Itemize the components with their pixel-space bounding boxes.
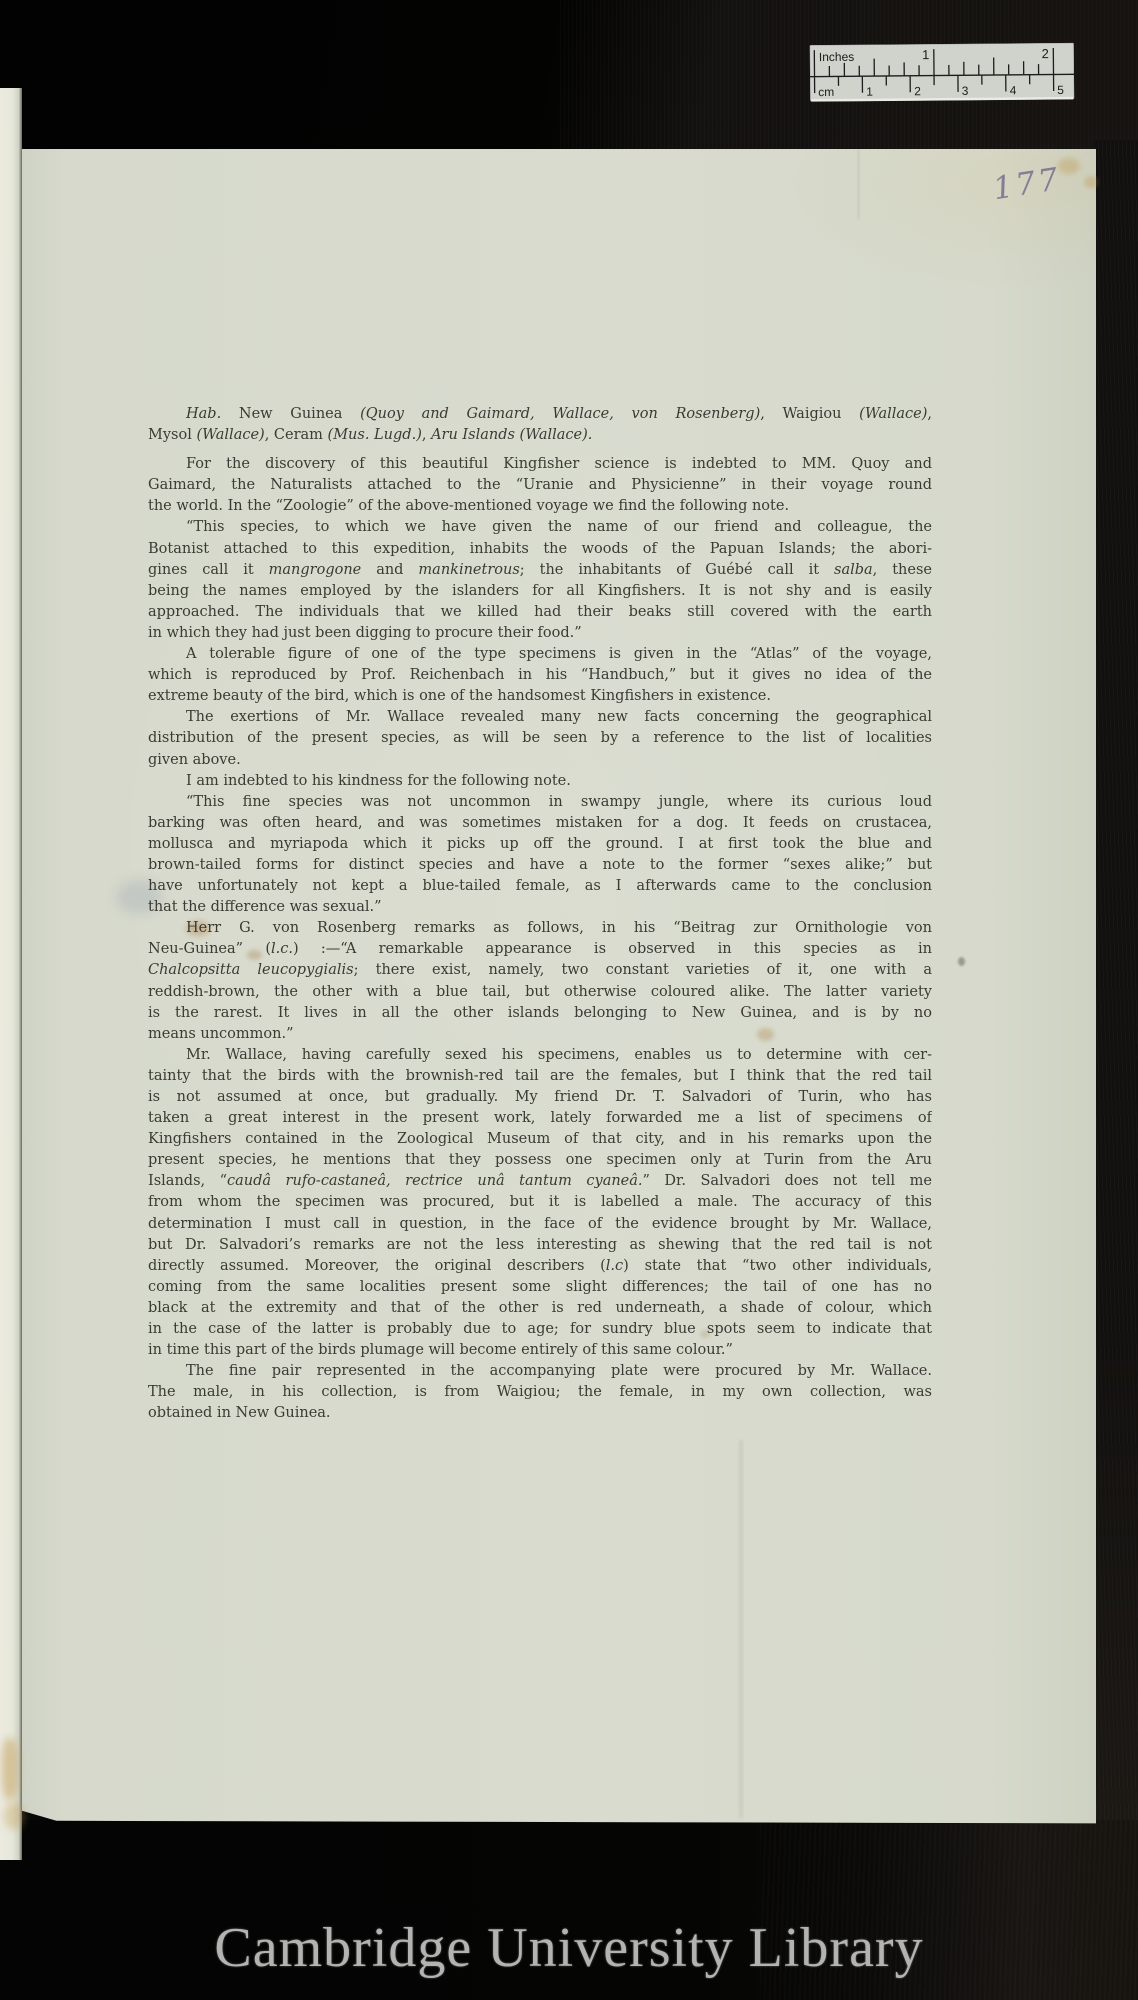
body-text: ; the inhabitants of Guébé call it xyxy=(520,562,834,578)
body-text: present species, he mentions that they p… xyxy=(148,1152,932,1168)
text-line: Hab. New Guinea (Quoy and Gaimard, Walla… xyxy=(148,404,932,425)
body-text: ; there exist, namely, two constant vari… xyxy=(354,962,932,978)
italic-text: l.c xyxy=(606,1258,623,1274)
text-line: being the names employed by the islander… xyxy=(148,581,932,602)
text-line: Kingfishers contained in the Zoological … xyxy=(148,1129,932,1150)
ruler-inches-label: Inches xyxy=(819,50,854,64)
body-text: obtained in New Guinea. xyxy=(148,1405,331,1421)
text-line: Neu-Guinea” (l.c.) :—“A remarkable appea… xyxy=(148,939,932,960)
body-text: in the case of the latter is probably du… xyxy=(148,1321,932,1337)
body-text: mollusca and myriapoda which it picks up… xyxy=(148,836,932,852)
text-line: mollusca and myriapoda which it picks up… xyxy=(148,834,932,855)
body-text: Neu-Guinea” ( xyxy=(148,941,271,957)
text-line: obtained in New Guinea. xyxy=(148,1403,932,1424)
body-text: but Dr. Salvadori’s remarks are not the … xyxy=(148,1237,932,1253)
ruler-cm-5: 5 xyxy=(1057,83,1064,97)
body-text: Islands, “ xyxy=(148,1173,227,1189)
text-line: approached. The individuals that we kill… xyxy=(148,602,932,623)
text-line: tainty that the birds with the brownish-… xyxy=(148,1066,932,1087)
facing-page-edge xyxy=(0,88,22,1860)
body-text: , Waigiou xyxy=(760,406,859,422)
text-line: given above. xyxy=(148,750,932,771)
body-text: “This fine species was not uncommon in s… xyxy=(186,794,932,810)
text-line: “This species, to which we have given th… xyxy=(148,517,932,538)
body-text: have unfortunately not kept a blue-taile… xyxy=(148,878,932,894)
body-text: ) :—“A remarkable appearance is observed… xyxy=(293,941,932,957)
body-text: Herr G. von Rosenberg remarks as follows… xyxy=(186,920,932,936)
ruler-inch-1: 1 xyxy=(922,47,929,62)
italic-text: (Quoy and Gaimard, Wallace, von Rosenber… xyxy=(360,406,760,422)
text-line: in time this part of the birds plumage w… xyxy=(148,1340,932,1361)
ruler-cm-1: 1 xyxy=(866,85,873,99)
text-line: Islands, “caudâ rufo-castaneâ, rectrice … xyxy=(148,1171,932,1192)
body-text: ” Dr. Salvadori does not tell me xyxy=(643,1173,932,1189)
ruler-cm-4: 4 xyxy=(1010,83,1017,97)
body-text: ) state that “two other individuals, xyxy=(623,1258,932,1274)
text-line: The fine pair represented in the accompa… xyxy=(148,1361,932,1382)
backdrop-right-fabric-texture xyxy=(1093,140,1138,1840)
body-text: given above. xyxy=(148,752,241,768)
body-text: means uncommon.” xyxy=(148,1026,293,1042)
body-text: , these xyxy=(873,562,932,578)
body-text: and xyxy=(361,562,418,578)
body-text: , Ceram xyxy=(265,427,328,443)
text-line: which is reproduced by Prof. Reichenbach… xyxy=(148,665,932,686)
body-text: extreme beauty of the bird, which is one… xyxy=(148,688,771,704)
body-text: is the rarest. It lives in all the other… xyxy=(148,1005,932,1021)
body-text: Botanist attached to this expedition, in… xyxy=(148,541,932,557)
italic-text: Aru Islands (Wallace). xyxy=(431,427,592,443)
body-text: determination I must call in question, i… xyxy=(148,1216,932,1232)
text-line: The male, in his collection, is from Wai… xyxy=(148,1382,932,1403)
text-line: in the case of the latter is probably du… xyxy=(148,1319,932,1340)
body-text: black at the extremity and that of the o… xyxy=(148,1300,932,1316)
text-line: Botanist attached to this expedition, in… xyxy=(148,539,932,560)
body-text: from whom the specimen was procured, but… xyxy=(148,1194,932,1210)
italic-text: mangrogone xyxy=(269,562,362,578)
body-text: Kingfishers contained in the Zoological … xyxy=(148,1131,932,1147)
text-line: The exertions of Mr. Wallace revealed ma… xyxy=(148,707,932,728)
body-text: gines call it xyxy=(148,562,269,578)
body-text: reddish-brown, the other with a blue tai… xyxy=(148,984,932,1000)
text-line: I am indebted to his kindness for the fo… xyxy=(148,771,932,792)
text-line: Gaimard, the Naturalists attached to the… xyxy=(148,475,932,496)
text-line: that the difference was sexual.” xyxy=(148,897,932,918)
text-line: reddish-brown, the other with a blue tai… xyxy=(148,982,932,1003)
body-text: Gaimard, the Naturalists attached to the… xyxy=(148,477,932,493)
body-text: A tolerable figure of one of the type sp… xyxy=(186,646,932,662)
body-text: distribution of the present species, as … xyxy=(148,730,932,746)
text-line: directly assumed. Moreover, the original… xyxy=(148,1256,932,1277)
body-text: approached. The individuals that we kill… xyxy=(148,604,932,620)
body-text: is not assumed at once, but gradually. M… xyxy=(148,1089,932,1105)
text-line: A tolerable figure of one of the type sp… xyxy=(148,644,932,665)
paper-crease-top xyxy=(858,150,859,220)
text-line: have unfortunately not kept a blue-taile… xyxy=(148,876,932,897)
photo-ruler: Inches 1 2 cm 1 2 3 4 5 xyxy=(810,43,1074,103)
body-text: being the names employed by the islander… xyxy=(148,583,932,599)
text-line: but Dr. Salvadori’s remarks are not the … xyxy=(148,1235,932,1256)
body-text: in which they had just been digging to p… xyxy=(148,625,582,641)
text-line: in which they had just been digging to p… xyxy=(148,623,932,644)
body-text: that the difference was sexual.” xyxy=(148,899,382,915)
italic-text: salba xyxy=(834,562,873,578)
body-text: tainty that the birds with the brownish-… xyxy=(148,1068,932,1084)
text-line: brown-tailed forms for distinct species … xyxy=(148,855,932,876)
body-text: brown-tailed forms for distinct species … xyxy=(148,857,932,873)
body-text: Mysol xyxy=(148,427,196,443)
italic-text: Hab. xyxy=(186,406,221,422)
body-text: , xyxy=(927,406,932,422)
italic-text: (Wallace) xyxy=(196,427,264,443)
italic-text: (Mus. Lugd.) xyxy=(328,427,422,443)
text-line: barking was often heard, and was sometim… xyxy=(148,813,932,834)
body-text: barking was often heard, and was sometim… xyxy=(148,815,932,831)
body-text: New Guinea xyxy=(221,406,360,422)
ruler-cm-3: 3 xyxy=(962,84,969,98)
body-text: , xyxy=(422,427,431,443)
paper-crease xyxy=(740,1440,742,1818)
body-text: “This species, to which we have given th… xyxy=(186,519,932,535)
text-line: For the discovery of this beautiful King… xyxy=(148,454,932,475)
ruler-cm-2: 2 xyxy=(914,84,921,98)
ruler-inch-2: 2 xyxy=(1042,46,1049,61)
text-line: is the rarest. It lives in all the other… xyxy=(148,1003,932,1024)
text-line: Chalcopsitta leucopygialis; there exist,… xyxy=(148,960,932,981)
text-line: distribution of the present species, as … xyxy=(148,728,932,749)
body-text: taken a great interest in the present wo… xyxy=(148,1110,932,1126)
italic-text: (Wallace) xyxy=(859,406,927,422)
italic-text: l.c. xyxy=(271,941,293,957)
italic-text: mankinetrous xyxy=(418,562,519,578)
library-caption: Cambridge University Library xyxy=(0,1916,1138,1980)
text-line: black at the extremity and that of the o… xyxy=(148,1298,932,1319)
text-line: Herr G. von Rosenberg remarks as follows… xyxy=(148,918,932,939)
text-line: taken a great interest in the present wo… xyxy=(148,1108,932,1129)
body-text: in time this part of the birds plumage w… xyxy=(148,1342,733,1358)
body-text: Mr. Wallace, having carefully sexed his … xyxy=(186,1047,932,1063)
text-line: means uncommon.” xyxy=(148,1024,932,1045)
text-line: from whom the specimen was procured, but… xyxy=(148,1192,932,1213)
text-line: Mr. Wallace, having carefully sexed his … xyxy=(148,1045,932,1066)
text-line: Mysol (Wallace), Ceram (Mus. Lugd.), Aru… xyxy=(148,425,932,446)
text-line: “This fine species was not uncommon in s… xyxy=(148,792,932,813)
text-line: the world. In the “Zoologie” of the abov… xyxy=(148,496,932,517)
text-line: present species, he mentions that they p… xyxy=(148,1150,932,1171)
ruler-cm-label: cm xyxy=(818,85,834,99)
page-text: Hab. New Guinea (Quoy and Gaimard, Walla… xyxy=(148,404,932,1425)
body-text: The exertions of Mr. Wallace revealed ma… xyxy=(186,709,932,725)
body-text: which is reproduced by Prof. Reichenbach… xyxy=(148,667,932,683)
text-line: extreme beauty of the bird, which is one… xyxy=(148,686,932,707)
body-text: The fine pair represented in the accompa… xyxy=(186,1363,932,1379)
italic-text: Chalcopsitta leucopygialis xyxy=(148,962,354,978)
body-text: The male, in his collection, is from Wai… xyxy=(148,1384,932,1400)
body-text: the world. In the “Zoologie” of the abov… xyxy=(148,498,789,514)
body-text: coming from the same localities present … xyxy=(148,1279,932,1295)
body-text: directly assumed. Moreover, the original… xyxy=(148,1258,606,1274)
text-line: is not assumed at once, but gradually. M… xyxy=(148,1087,932,1108)
body-text: For the discovery of this beautiful King… xyxy=(186,456,932,472)
text-line: coming from the same localities present … xyxy=(148,1277,932,1298)
photo-backdrop: Inches 1 2 cm 1 2 3 4 5 177 Hab. New Gui… xyxy=(0,0,1138,2000)
text-line: gines call it mangrogone and mankinetrou… xyxy=(148,560,932,581)
text-line: determination I must call in question, i… xyxy=(148,1214,932,1235)
body-text: I am indebted to his kindness for the fo… xyxy=(186,773,571,789)
italic-text: caudâ rufo-castaneâ, rectrice unâ tantum… xyxy=(227,1173,643,1189)
